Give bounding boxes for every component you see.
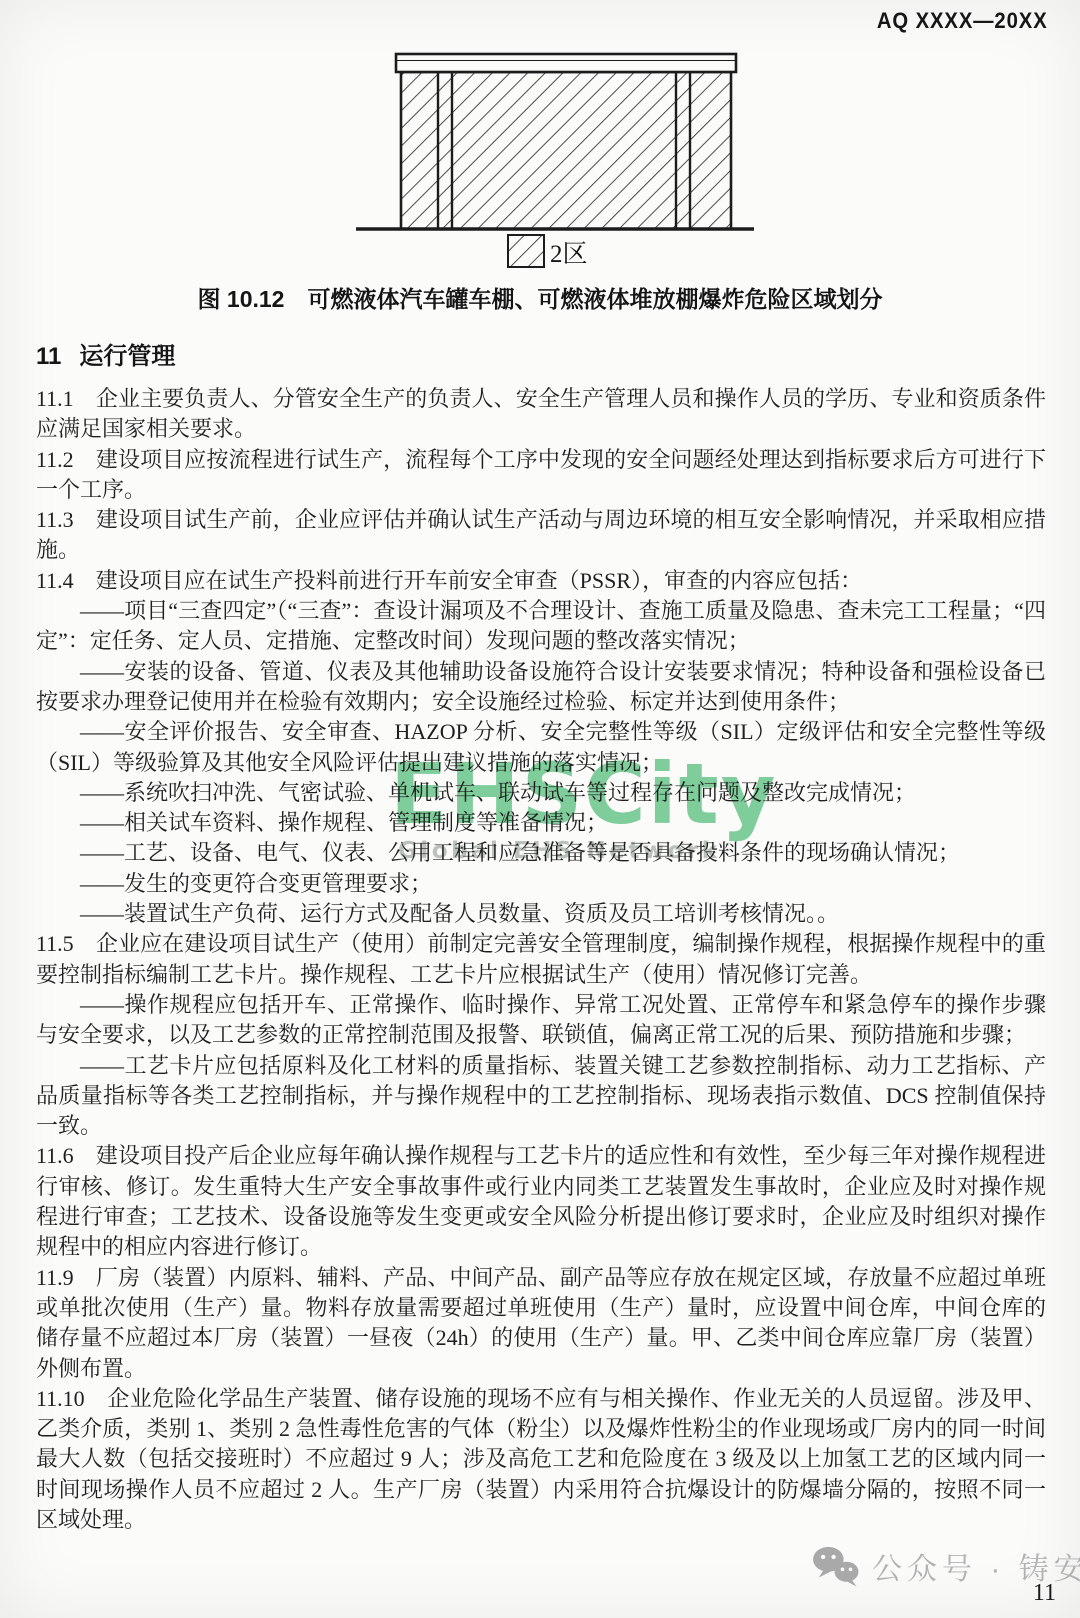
dash-item: ——相关试车资料、操作规程、管理制度等准备情况；	[36, 808, 1046, 838]
doc-code: AQ XXXX—20XX	[877, 8, 1048, 34]
dash-item: ——发生的变更符合变更管理要求；	[36, 869, 1046, 899]
clause-paragraph: 11.5 企业应在建设项目试生产（使用）前制定完善安全管理制度，编制操作规程，根…	[36, 929, 1046, 990]
clause-paragraph: 11.2 建设项目应按流程进行试生产，流程每个工序中发现的安全问题经处理达到指标…	[36, 445, 1046, 506]
clause-paragraph: 11.1 企业主要负责人、分管安全生产的负责人、安全生产管理人员和操作人员的学历…	[36, 384, 1046, 445]
dash-item: ——安装的设备、管道、仪表及其他辅助设备设施符合设计安装要求情况；特种设备和强检…	[36, 657, 1046, 718]
clause-paragraph: 11.10 企业危险化学品生产装置、储存设施的现场不应有与相关操作、作业无关的人…	[36, 1384, 1046, 1535]
dash-item: ——装置试生产负荷、运行方式及配备人员数量、资质及员工培训考核情况。。	[36, 899, 1046, 929]
clause-paragraph: 11.9 厂房（装置）内原料、辅料、产品、中间产品、副产品等应存放在规定区域，存…	[36, 1263, 1046, 1384]
page-number: 11	[1033, 1580, 1056, 1607]
figure-10-12: 2区	[330, 40, 770, 276]
body-paragraphs: 11.1 企业主要负责人、分管安全生产的负责人、安全生产管理人员和操作人员的学历…	[36, 384, 1046, 1535]
dash-item: ——系统吹扫冲洗、气密试验、单机试车、联动试车等过程存在问题及整改完成情况；	[36, 778, 1046, 808]
dash-item: ——项目“三查四定”（“三查”：查设计漏项及不合理设计、查施工质量及隐患、查未完…	[36, 596, 1046, 657]
dash-item: ——工艺卡片应包括原料及化工材料的质量指标、装置关键工艺参数控制指标、动力工艺指…	[36, 1051, 1046, 1142]
section-title: 运行管理	[79, 343, 175, 370]
dash-item: ——安全评价报告、安全审查、HAZOP 分析、安全完整性等级（SIL）定级评估和…	[36, 717, 1046, 778]
clause-paragraph: 11.3 建设项目试生产前，企业应评估并确认试生产活动与周边环境的相互安全影响情…	[36, 505, 1046, 566]
clause-paragraph: 11.6 建设项目投产后企业应每年确认操作规程与工艺卡片的适应性和有效性，至少每…	[36, 1141, 1046, 1262]
figure-caption: 图 10.12 可燃液体汽车罐车棚、可燃液体堆放棚爆炸危险区域划分	[0, 281, 1080, 314]
legend-hatch-swatch	[508, 235, 544, 267]
roof-slab	[396, 54, 736, 72]
document-page: AQ XXXX—20XX 2区 图 10.12 可燃液体汽车罐车棚	[0, 0, 1080, 1618]
legend-label: 2区	[550, 241, 588, 268]
section-heading: 11运行管理	[36, 336, 175, 371]
explosion-zone-diagram: 2区	[330, 40, 770, 276]
section-number: 11	[36, 343, 61, 370]
wechat-icon	[812, 1545, 860, 1587]
hatched-zone-body	[401, 72, 731, 229]
clause-paragraph: 11.4 建设项目应在试生产投料前进行开车前安全审查（PSSR），审查的内容应包…	[36, 566, 1046, 596]
dash-item: ——工艺、设备、电气、仪表、公用工程和应急准备等是否具备投料条件的现场确认情况；	[36, 838, 1046, 868]
dash-item: ——操作规程应包括开车、正常操作、临时操作、异常工况处置、正常停车和紧急停车的操…	[36, 990, 1046, 1051]
